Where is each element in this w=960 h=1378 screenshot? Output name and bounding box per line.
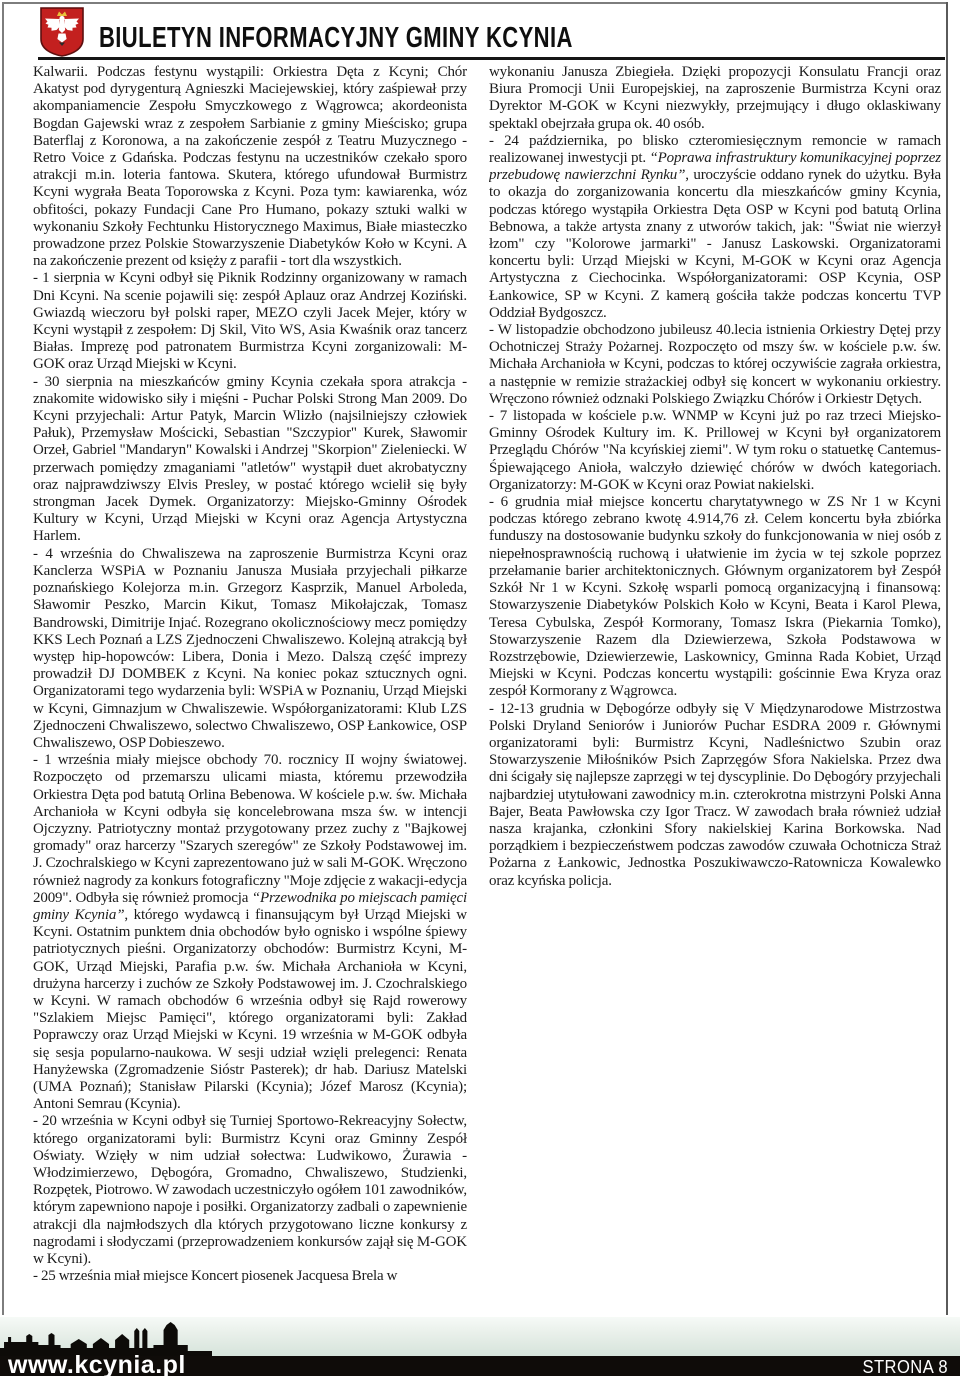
text-run: - 1 września miały miejsce obchody 70. r… [33, 752, 467, 906]
text-run: - 4 września do Chwaliszewa na zaproszen… [33, 546, 467, 751]
paragraph: - 20 września w Kcyni odbył się Turniej … [33, 1113, 467, 1268]
text-run: , którego wydawcą i finansującym był Urz… [33, 907, 467, 1112]
website-url: www.kcynia.pl [8, 1354, 186, 1377]
page-number: STRONA 8 [862, 1358, 948, 1376]
paragraph: - 12-13 grudnia w Dębogórze odbyły się V… [489, 701, 941, 890]
right-column: wykonaniu Janusza Zbiegieła. Dzięki prop… [489, 64, 941, 890]
paragraph: - 7 listopada w kościele p.w. WNMP w Kcy… [489, 408, 941, 494]
text-run: wykonaniu Janusza Zbiegieła. Dzięki prop… [489, 64, 941, 132]
header-rule [38, 57, 945, 60]
text-run: Kalwarii. Podczas festynu wystąpili: Ork… [33, 64, 467, 269]
paragraph: - W listopadzie obchodzono jubileusz 40.… [489, 322, 941, 408]
page: BIULETYN INFORMACYJNY GMINY KCYNIA Kalwa… [0, 0, 960, 1378]
text-run: , uroczyście oddano rynek do użytku. Był… [489, 167, 941, 321]
text-run: - 25 września miał miejsce Koncert piose… [33, 1268, 397, 1284]
kcynia-coat-of-arms-icon [39, 6, 85, 57]
text-run: - 1 sierpnia w Kcyni odbył się Piknik Ro… [33, 270, 467, 372]
paragraph: wykonaniu Janusza Zbiegieła. Dzięki prop… [489, 64, 941, 133]
paragraph: - 30 sierpnia na mieszkańców gminy Kcyni… [33, 374, 467, 546]
page-border-left [2, 2, 4, 1315]
text-run: - 12-13 grudnia w Dębogórze odbyły się V… [489, 701, 941, 889]
paragraph: - 4 września do Chwaliszewa na zaproszen… [33, 546, 467, 752]
text-run: - 6 grudnia miał miejsce koncertu charyt… [489, 494, 941, 699]
paragraph: - 24 października, po blisko czteromiesi… [489, 133, 941, 322]
paragraph: Kalwarii. Podczas festynu wystąpili: Ork… [33, 64, 467, 270]
text-run: - 30 sierpnia na mieszkańców gminy Kcyni… [33, 374, 467, 545]
page-border-top [2, 2, 948, 4]
text-run: - 20 września w Kcyni odbył się Turniej … [33, 1113, 467, 1267]
text-run: - W listopadzie obchodzono jubileusz 40.… [489, 322, 941, 407]
paragraph: - 6 grudnia miał miejsce koncertu charyt… [489, 494, 941, 700]
left-column: Kalwarii. Podczas festynu wystąpili: Ork… [33, 64, 467, 1285]
text-run: - 7 listopada w kościele p.w. WNMP w Kcy… [489, 408, 941, 493]
paragraph: - 1 września miały miejsce obchody 70. r… [33, 752, 467, 1113]
page-title: BIULETYN INFORMACYJNY GMINY KCYNIA [99, 24, 573, 53]
paragraph: - 1 sierpnia w Kcyni odbył się Piknik Ro… [33, 270, 467, 373]
page-border-right [946, 2, 948, 1315]
paragraph: - 25 września miał miejsce Koncert piose… [33, 1268, 467, 1285]
